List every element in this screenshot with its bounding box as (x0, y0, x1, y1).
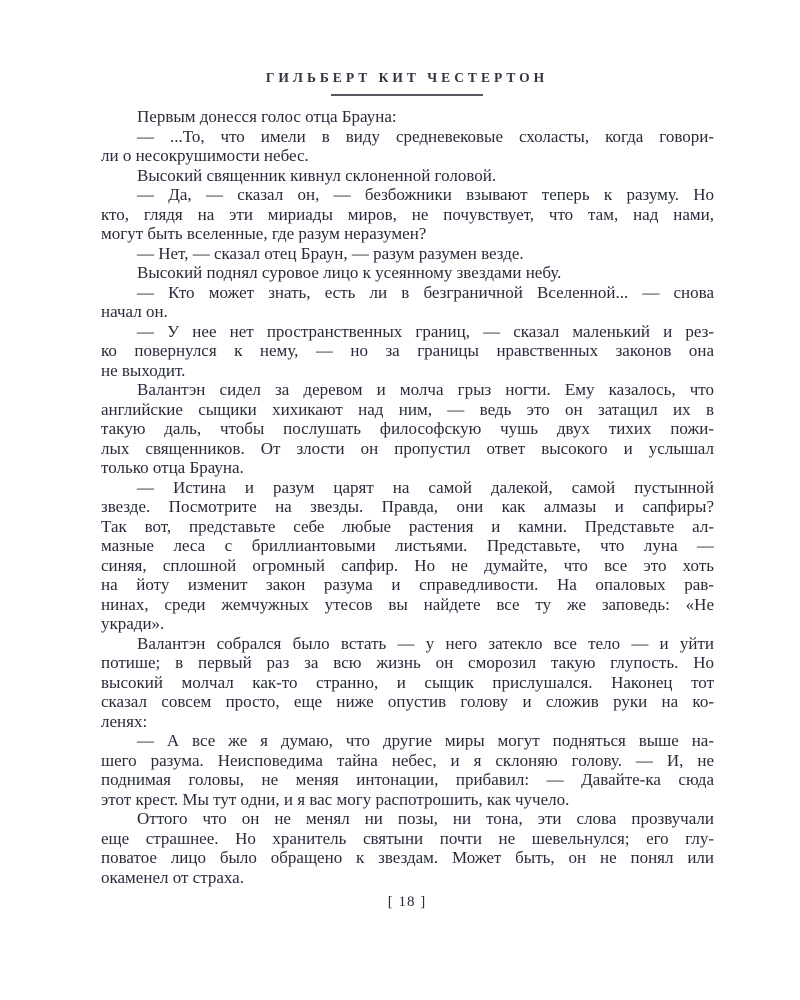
text-line: Оттого что он не менял ни позы, ни тона,… (101, 809, 714, 829)
text-line: ленях: (101, 712, 714, 732)
text-line: шего разума. Неисповедима тайна небес, и… (101, 751, 714, 771)
text-line: не выходит. (101, 361, 714, 381)
text-line: — ...То, что имели в виду средневековые … (101, 127, 714, 147)
text-line: лых священников. От злости он пропустил … (101, 439, 714, 459)
page-number: [ 18 ] (100, 894, 714, 911)
text-line: Валантэн собрался было встать — у него з… (101, 634, 714, 654)
header-rule-divider (331, 94, 483, 96)
text-line: — Кто может знать, есть ли в безгранично… (101, 283, 714, 303)
text-line: звезде. Посмотрите на звезды. Правда, он… (101, 497, 714, 517)
text-line: начал он. (101, 302, 714, 322)
paragraph: — ...То, что имели в виду средневековые … (101, 127, 714, 166)
text-line: на йоту изменит закон разума и справедли… (101, 575, 714, 595)
paragraph: — Нет, — сказал отец Браун, — разум разу… (101, 244, 714, 264)
paragraph: — У нее нет пространственных границ, — с… (101, 322, 714, 381)
text-line: ко повернулся к нему, — но за границы нр… (101, 341, 714, 361)
paragraph: — Да, — сказал он, — безбожники взывают … (101, 185, 714, 244)
text-line: Первым донесся голос отца Брауна: (101, 107, 714, 127)
text-line: — Нет, — сказал отец Браун, — разум разу… (101, 244, 714, 264)
paragraph: Первым донесся голос отца Брауна: (101, 107, 714, 127)
text-line: Высокий поднял суровое лицо к усеянному … (101, 263, 714, 283)
text-line: сказал совсем просто, еще ниже опустив г… (101, 692, 714, 712)
text-line: мазные леса с бриллиантовыми листьями. П… (101, 536, 714, 556)
paragraph: Оттого что он не менял ни позы, ни тона,… (101, 809, 714, 887)
text-line: окаменел от страха. (101, 868, 714, 888)
text-line: нинах, среди жемчужных утесов вы найдете… (101, 595, 714, 615)
paragraph: Высокий священник кивнул склоненной голо… (101, 166, 714, 186)
paragraph: Валантэн собрался было встать — у него з… (101, 634, 714, 732)
book-page: ГИЛЬБЕРТ КИТ ЧЕСТЕРТОН Первым донесся го… (0, 0, 800, 1000)
text-line: такую даль, чтобы послушать философскую … (101, 419, 714, 439)
text-line: ли о несокрушимости небес. (101, 146, 714, 166)
paragraph: — А все же я думаю, что другие миры могу… (101, 731, 714, 809)
text-line: — Да, — сказал он, — безбожники взывают … (101, 185, 714, 205)
text-line: синяя, сплошной огромный сапфир. Но не д… (101, 556, 714, 576)
text-line: еще страшнее. Но хранитель святыни почти… (101, 829, 714, 849)
text-line: только отца Брауна. (101, 458, 714, 478)
text-line: поднимая головы, не меняя интонации, при… (101, 770, 714, 790)
author-name: ГИЛЬБЕРТ КИТ ЧЕСТЕРТОН (266, 70, 548, 85)
text-line: Высокий священник кивнул склоненной голо… (101, 166, 714, 186)
text-line: укради». (101, 614, 714, 634)
text-line: высокий молчал как-то странно, и сыщик п… (101, 673, 714, 693)
text-line: — А все же я думаю, что другие миры могу… (101, 731, 714, 751)
text-line: потише; в первый раз за всю жизнь он смо… (101, 653, 714, 673)
running-header: ГИЛЬБЕРТ КИТ ЧЕСТЕРТОН (100, 70, 714, 96)
paragraph: — Истина и разум царят на самой далекой,… (101, 478, 714, 634)
text-line: Валантэн сидел за деревом и молча грыз н… (101, 380, 714, 400)
text-line: этот крест. Мы тут одни, и я вас могу ра… (101, 790, 714, 810)
text-line: поватое лицо было обращено к звездам. Мо… (101, 848, 714, 868)
paragraph: — Кто может знать, есть ли в безгранично… (101, 283, 714, 322)
text-line: кто, глядя на эти мириады миров, не почу… (101, 205, 714, 225)
paragraph: Валантэн сидел за деревом и молча грыз н… (101, 380, 714, 478)
body-text: Первым донесся голос отца Брауна:— ...То… (101, 107, 714, 887)
text-line: — У нее нет пространственных границ, — с… (101, 322, 714, 342)
paragraph: Высокий поднял суровое лицо к усеянному … (101, 263, 714, 283)
text-line: могут быть вселенные, где разум неразуме… (101, 224, 714, 244)
text-line: — Истина и разум царят на самой далекой,… (101, 478, 714, 498)
text-line: английские сыщики хихикают над ним, — ве… (101, 400, 714, 420)
text-line: Так вот, представьте себе любые растения… (101, 517, 714, 537)
